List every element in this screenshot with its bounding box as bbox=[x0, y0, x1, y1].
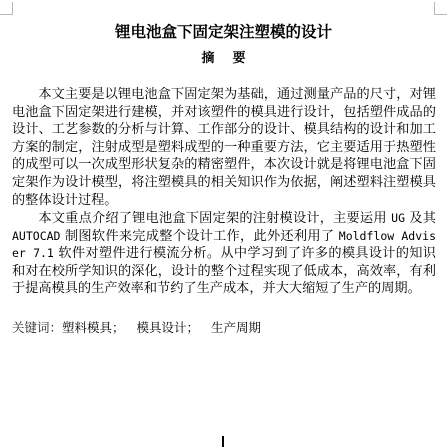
abstract-paragraph-2: 本文重点介绍了锂电池盒下固定架的注射模设计，主要运用 UG 及其 AUTOCAD… bbox=[12, 210, 436, 298]
page-corner-mark-top-right bbox=[434, 2, 447, 15]
abstract-paragraph-1: 本文主要是以锂电池盒下固定架为基础，通过测量产品的尺寸，对锂电池盒下固定架进行建… bbox=[12, 86, 436, 209]
keywords-line: 关键词：塑料模具；模具设计；生产周期 bbox=[12, 320, 273, 336]
keyword-item: 生产周期 bbox=[211, 320, 261, 335]
paragraph-text: 本文主要是以锂电池盒下固定架为基础，通过测量产品的尺寸，对锂电池盒下固定架进行建… bbox=[12, 87, 436, 208]
software-name-ug: UG bbox=[391, 211, 405, 225]
text-cursor bbox=[222, 436, 224, 447]
keyword-item: 模具设计； bbox=[137, 320, 200, 335]
paragraph-text: 制图软件来完成整个设计工作，此外还利用了 bbox=[60, 229, 338, 244]
paragraph-text: 软件对塑件进行模流分析。从中学习到了许多的模具设计的知识和对在校所学知识的深化，… bbox=[12, 246, 436, 296]
abstract-heading-char-1: 摘 bbox=[201, 50, 214, 68]
paragraph-text: 本文重点介绍了锂电池盒下固定架的注射模设计，主要运用 bbox=[38, 211, 391, 226]
abstract-heading-char-2: 要 bbox=[233, 50, 246, 68]
abstract-heading: 摘要 bbox=[0, 50, 447, 68]
keyword-item: 塑料模具； bbox=[62, 320, 125, 335]
document-title: 锂电池盒下固定架注塑模的设计 bbox=[0, 22, 447, 42]
keywords-label: 关键词： bbox=[12, 320, 62, 335]
paragraph-text: 及其 bbox=[405, 211, 436, 226]
software-name-autocad: AUTOCAD bbox=[12, 229, 60, 243]
page-corner-mark-top-left bbox=[0, 2, 13, 15]
